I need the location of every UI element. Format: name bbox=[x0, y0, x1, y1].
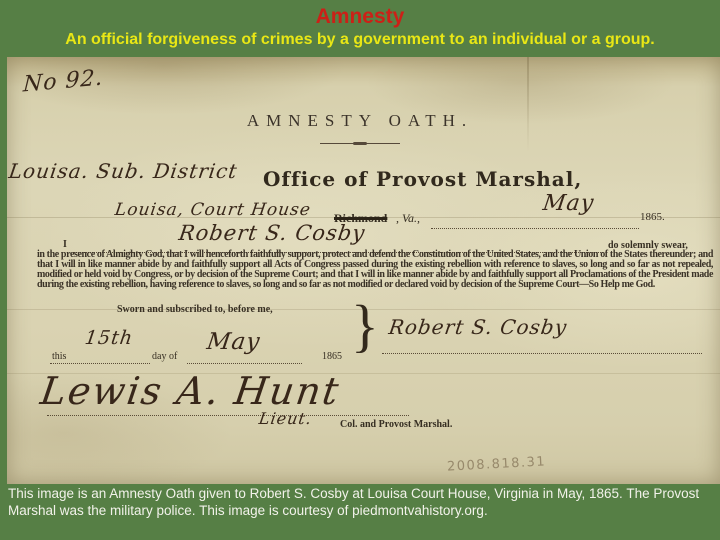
form-dotted-line bbox=[50, 363, 150, 364]
form-dotted-line bbox=[431, 228, 639, 229]
accession-number: 2008.818.31 bbox=[447, 454, 547, 474]
printed-date-year: 1865 bbox=[322, 351, 342, 362]
form-dotted-line bbox=[187, 363, 302, 364]
doc-heading: AMNESTY OATH. bbox=[230, 111, 490, 131]
printed-day-of: day of bbox=[152, 351, 177, 362]
officer-signature: Lewis A. Hunt bbox=[38, 369, 343, 413]
heading-divider bbox=[320, 143, 400, 144]
presentation-slide: Amnesty An official forgiveness of crime… bbox=[0, 0, 720, 540]
doc-number: No 92. bbox=[22, 65, 103, 97]
printed-year: 1865. bbox=[640, 211, 665, 223]
signature-line bbox=[382, 353, 702, 354]
printed-office-of-provost-marshal: Office of Provost Marshal, bbox=[263, 167, 582, 191]
closing-brace: } bbox=[351, 297, 379, 355]
slide-caption: This image is an Amnesty Oath given to R… bbox=[8, 486, 712, 519]
handwritten-officer-rank: Lieut. bbox=[258, 409, 314, 428]
sworn-line: Sworn and subscribed to, before me, bbox=[117, 304, 273, 315]
oath-body-paragraph: in the presence of Almighty God, that I … bbox=[37, 250, 713, 290]
handwritten-date-month: May bbox=[205, 329, 262, 355]
handwritten-place: Louisa, Court House bbox=[114, 200, 313, 220]
slide-subtitle: An official forgiveness of crimes by a g… bbox=[0, 31, 720, 49]
handwritten-day: 15th bbox=[83, 327, 134, 349]
oath-taker-signature: Robert S. Cosby bbox=[387, 315, 568, 339]
slide-title: Amnesty bbox=[0, 5, 720, 29]
paper-crease bbox=[527, 57, 529, 152]
handwritten-district: Louisa. Sub. District bbox=[7, 159, 239, 183]
printed-officer-title: Col. and Provost Marshal. bbox=[340, 419, 452, 430]
signature-line bbox=[47, 415, 409, 416]
handwritten-oath-taker-name: Robert S. Cosby bbox=[177, 221, 367, 245]
printed-state: , Va., bbox=[396, 211, 420, 226]
printed-this: this bbox=[52, 351, 66, 362]
handwritten-month: May bbox=[541, 191, 596, 216]
amnesty-oath-document-image: No 92. AMNESTY OATH. Louisa. Sub. Distri… bbox=[7, 57, 720, 484]
